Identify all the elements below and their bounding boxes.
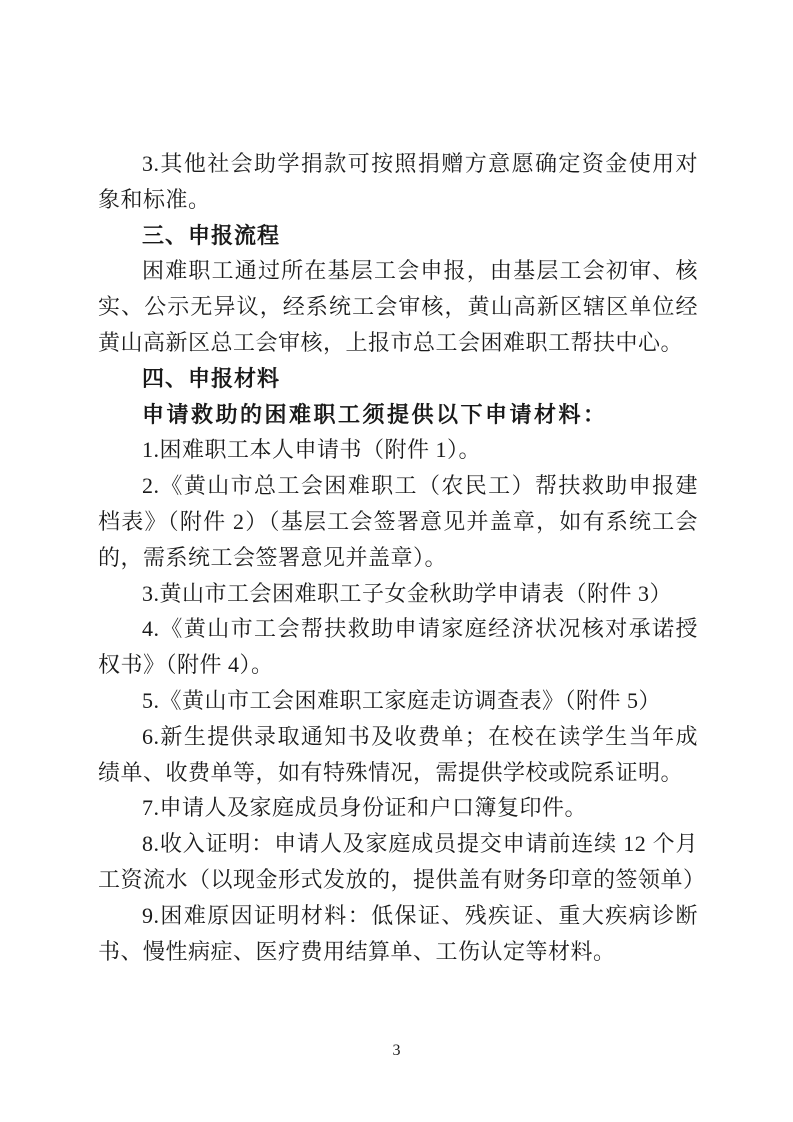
document-body: 3.其他社会助学捐款可按照捐赠方意愿确定资金使用对象和标准。 三、申报流程 困难… <box>98 146 698 969</box>
paragraph-material-3: 3.黄山市工会困难职工子女金秋助学申请表（附件 3） <box>98 576 698 612</box>
page-number: 3 <box>0 1042 793 1060</box>
paragraph-material-9: 9.困难原因证明材料：低保证、残疾证、重大疾病诊断书、慢性病症、医疗费用结算单、… <box>98 898 698 970</box>
paragraph-material-2: 2.《黄山市总工会困难职工（农民工）帮扶救助申报建档表》（附件 2）（基层工会签… <box>98 468 698 575</box>
paragraph-donation-usage: 3.其他社会助学捐款可按照捐赠方意愿确定资金使用对象和标准。 <box>98 146 698 218</box>
paragraph-material-7: 7.申请人及家庭成员身份证和户口簿复印件。 <box>98 790 698 826</box>
paragraph-application-process: 困难职工通过所在基层工会申报，由基层工会初审、核实、公示无异议，经系统工会审核，… <box>98 253 698 360</box>
paragraph-material-8: 8.收入证明：申请人及家庭成员提交申请前连续 12 个月工资流水（以现金形式发放… <box>98 826 698 898</box>
paragraph-materials-lead: 申请救助的困难职工须提供以下申请材料： <box>98 397 698 433</box>
document-page: 3.其他社会助学捐款可按照捐赠方意愿确定资金使用对象和标准。 三、申报流程 困难… <box>0 0 793 1122</box>
paragraph-material-1: 1.困难职工本人申请书（附件 1）。 <box>98 432 698 468</box>
heading-section-4-materials: 四、申报材料 <box>98 361 698 397</box>
paragraph-material-4: 4.《黄山市工会帮扶救助申请家庭经济状况核对承诺授权书》（附件 4）。 <box>98 611 698 683</box>
paragraph-material-6: 6.新生提供录取通知书及收费单；在校在读学生当年成绩单、收费单等，如有特殊情况，… <box>98 719 698 791</box>
heading-section-3-process: 三、申报流程 <box>98 218 698 254</box>
paragraph-material-5: 5.《黄山市工会困难职工家庭走访调查表》（附件 5） <box>98 683 698 719</box>
